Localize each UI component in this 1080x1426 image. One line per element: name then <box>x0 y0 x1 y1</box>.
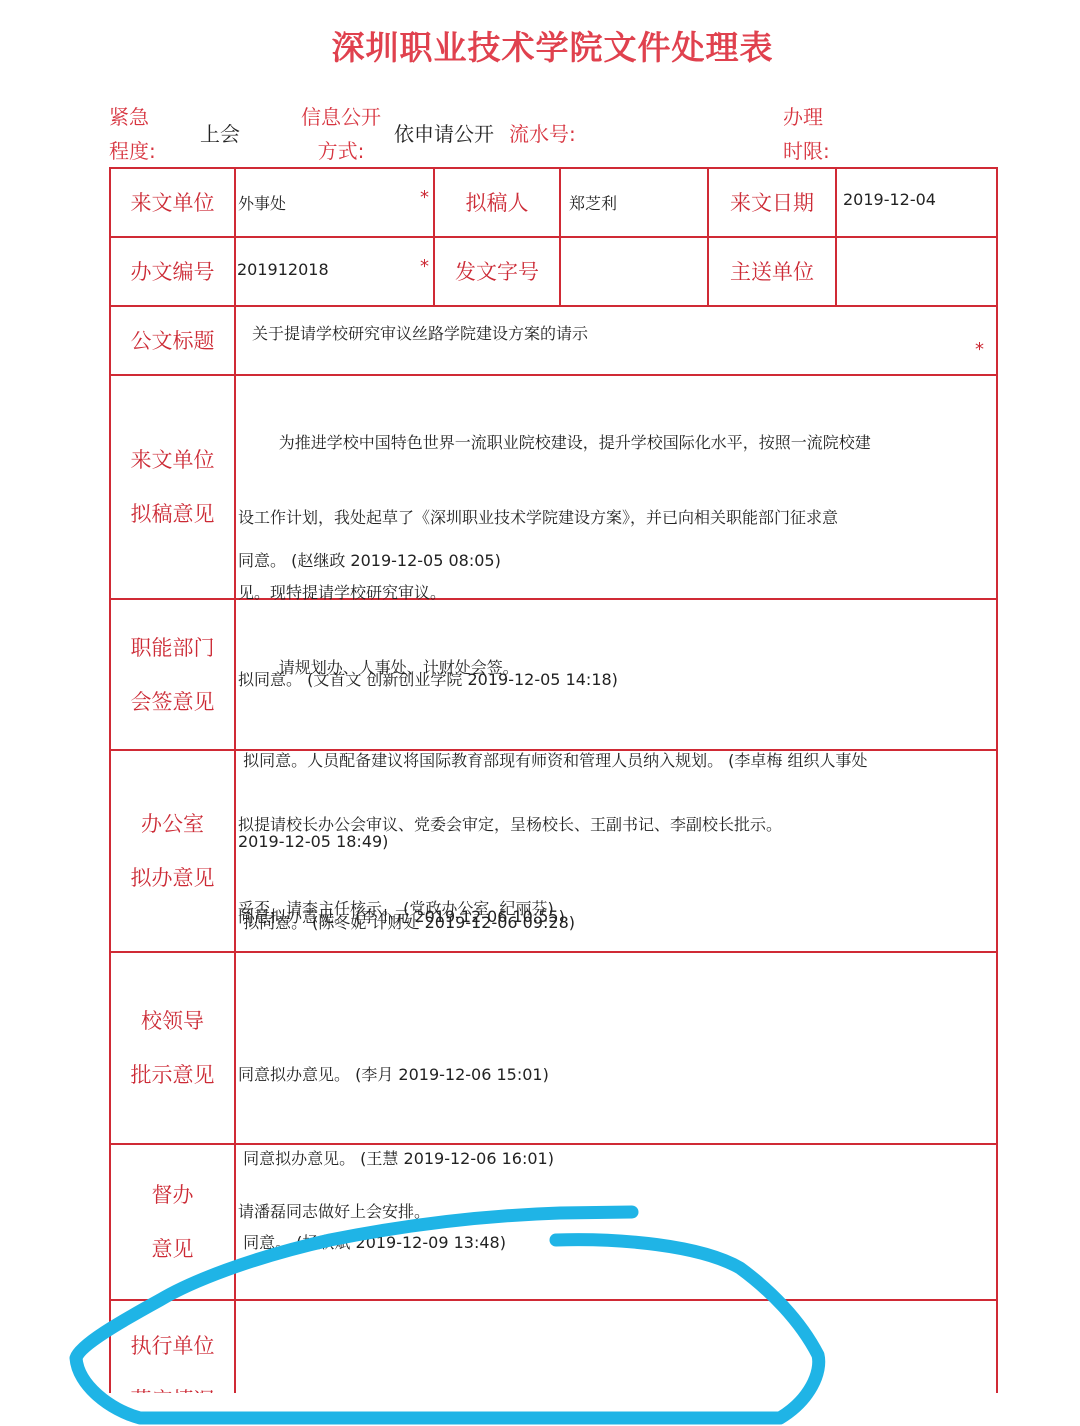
opinion-signature: 同意。 (赵继政 2019-12-05 08:05) <box>238 548 501 573</box>
drafter-label: 拟稿人 <box>435 169 561 236</box>
table-row-source: 来文单位 外事处 * 拟稿人 郑芝利 来文日期 2019-12-04 <box>111 169 998 238</box>
date-label: 来文日期 <box>709 169 837 236</box>
section-row-leader-instruction: 校领导 批示意见 同意拟办意见。 (李月 2019-12-06 15:01) 同… <box>111 953 998 1145</box>
form-title: 深圳职业技术学院文件处理表 <box>0 22 1080 69</box>
section-row-dept-countersign: 职能部门 会签意见 拟同意。 (文首文 创新创业学院 2019-12-05 14… <box>111 600 998 751</box>
doc-number-value: 201912018 <box>237 260 329 279</box>
opinion-signature: 同意拟办意见。 (李小元 2019-12-06 10:55) <box>238 903 565 931</box>
drafter-opinion-content: 为推进学校中国特色世界一流职业院校建设，提升学校国际化水平，按照一流院校建 设工… <box>236 376 998 598</box>
label-line-1: 执行单位 <box>131 1319 215 1373</box>
disclosure-label: 信息公开 方式: <box>297 100 385 168</box>
required-star-icon: * <box>420 187 429 208</box>
recipient-label: 主送单位 <box>709 238 837 305</box>
disclosure-label-line-2: 方式: <box>297 134 385 168</box>
leader-instruction-content: 同意拟办意见。 (李月 2019-12-06 15:01) 同意拟办意见。 (王… <box>236 953 998 1143</box>
supervision-content: 请潘磊同志做好上会安排。 <box>236 1145 998 1299</box>
urgency-label: 紧急 程度: <box>109 100 156 168</box>
section-row-office-proposal: 办公室 拟办意见 拟提请校长办公会审议、党委会审定，呈杨校长、王副书记、李副校长… <box>111 751 998 953</box>
processing-table: 来文单位 外事处 * 拟稿人 郑芝利 来文日期 2019-12-04 办文编号 … <box>109 167 998 1411</box>
urgency-value: 上会 <box>200 117 240 151</box>
label-line-2: 拟稿意见 <box>131 487 215 541</box>
drafter-field[interactable]: 郑芝利 <box>561 169 709 236</box>
section-row-drafter-opinion: 来文单位 拟稿意见 为推进学校中国特色世界一流职业院校建设，提升学校国际化水平，… <box>111 376 998 600</box>
office-proposal-content: 拟提请校长办公会审议、党委会审定，呈杨校长、王副书记、李副校长批示。 妥否，请李… <box>236 751 998 951</box>
supervision-label: 督办 意见 <box>111 1145 236 1299</box>
leader-instruction-label: 校领导 批示意见 <box>111 953 236 1143</box>
label-line-1: 校领导 <box>141 994 204 1048</box>
deadline-label-line-1: 办理 <box>783 100 830 134</box>
opinion-line: 请潘磊同志做好上会安排。 <box>238 1199 994 1224</box>
subject-label: 公文标题 <box>111 307 236 374</box>
source-unit-value: 外事处 <box>238 194 286 213</box>
label-line-1: 职能部门 <box>131 621 215 675</box>
opinion-line: 为推进学校中国特色世界一流职业院校建设，提升学校国际化水平，按照一流院校建 <box>238 430 994 455</box>
section-row-supervision: 督办 意见 请潘磊同志做好上会安排。 <box>111 1145 998 1301</box>
label-line-2: 意见 <box>152 1222 194 1276</box>
label-line-1: 来文单位 <box>131 433 215 487</box>
source-unit-label: 来文单位 <box>111 169 236 236</box>
label-line-2: 拟办意见 <box>131 851 215 905</box>
opinion-line: 设工作计划，我处起草了《深圳职业技术学院建设方案》，并已向相关职能部门征求意 <box>238 505 994 530</box>
subject-value: 关于提请学校研究审议丝路学院建设方案的请示 <box>252 324 588 343</box>
office-proposal-label: 办公室 拟办意见 <box>111 751 236 951</box>
disclosure-value: 依申请公开 <box>394 117 494 151</box>
deadline-label-line-2: 时限: <box>783 134 830 168</box>
dept-countersign-label: 职能部门 会签意见 <box>111 600 236 749</box>
issue-number-field[interactable] <box>561 238 709 305</box>
date-field[interactable]: 2019-12-04 <box>837 169 998 236</box>
label-line-1: 督办 <box>152 1168 194 1222</box>
opinion-line: 同意拟办意见。 (李月 2019-12-06 15:01) <box>238 1061 994 1089</box>
serial-label: 流水号: <box>509 117 576 151</box>
label-line-2: 会签意见 <box>131 675 215 729</box>
subject-field[interactable]: 关于提请学校研究审议丝路学院建设方案的请示 * <box>236 307 998 374</box>
urgency-label-line-1: 紧急 <box>109 100 156 134</box>
drafter-opinion-label: 来文单位 拟稿意见 <box>111 376 236 598</box>
doc-number-label: 办文编号 <box>111 238 236 305</box>
required-star-icon: * <box>975 339 984 360</box>
label-line-1: 办公室 <box>141 797 204 851</box>
recipient-field[interactable] <box>837 238 998 305</box>
table-row-subject: 公文标题 关于提请学校研究审议丝路学院建设方案的请示 * <box>111 307 998 376</box>
dept-countersign-content: 拟同意。 (文首文 创新创业学院 2019-12-05 14:18) 拟同意。人… <box>236 600 998 749</box>
opinion-line: 拟提请校长办公会审议、党委会审定，呈杨校长、王副书记、李副校长批示。 <box>238 811 994 839</box>
issue-number-label: 发文字号 <box>435 238 561 305</box>
deadline-label: 办理 时限: <box>783 100 830 168</box>
disclosure-label-line-1: 信息公开 <box>297 100 385 134</box>
page-cutoff <box>0 1393 1080 1426</box>
table-row-doc-number: 办文编号 201912018 * 发文字号 主送单位 <box>111 238 998 307</box>
required-star-icon: * <box>420 256 429 277</box>
source-unit-field[interactable]: 外事处 * <box>236 169 435 236</box>
doc-number-field[interactable]: 201912018 * <box>236 238 435 305</box>
label-line-2: 批示意见 <box>131 1048 215 1102</box>
opinion-line: 拟同意。 (文首文 创新创业学院 2019-12-05 14:18) <box>238 666 994 693</box>
urgency-label-line-2: 程度: <box>109 134 156 168</box>
